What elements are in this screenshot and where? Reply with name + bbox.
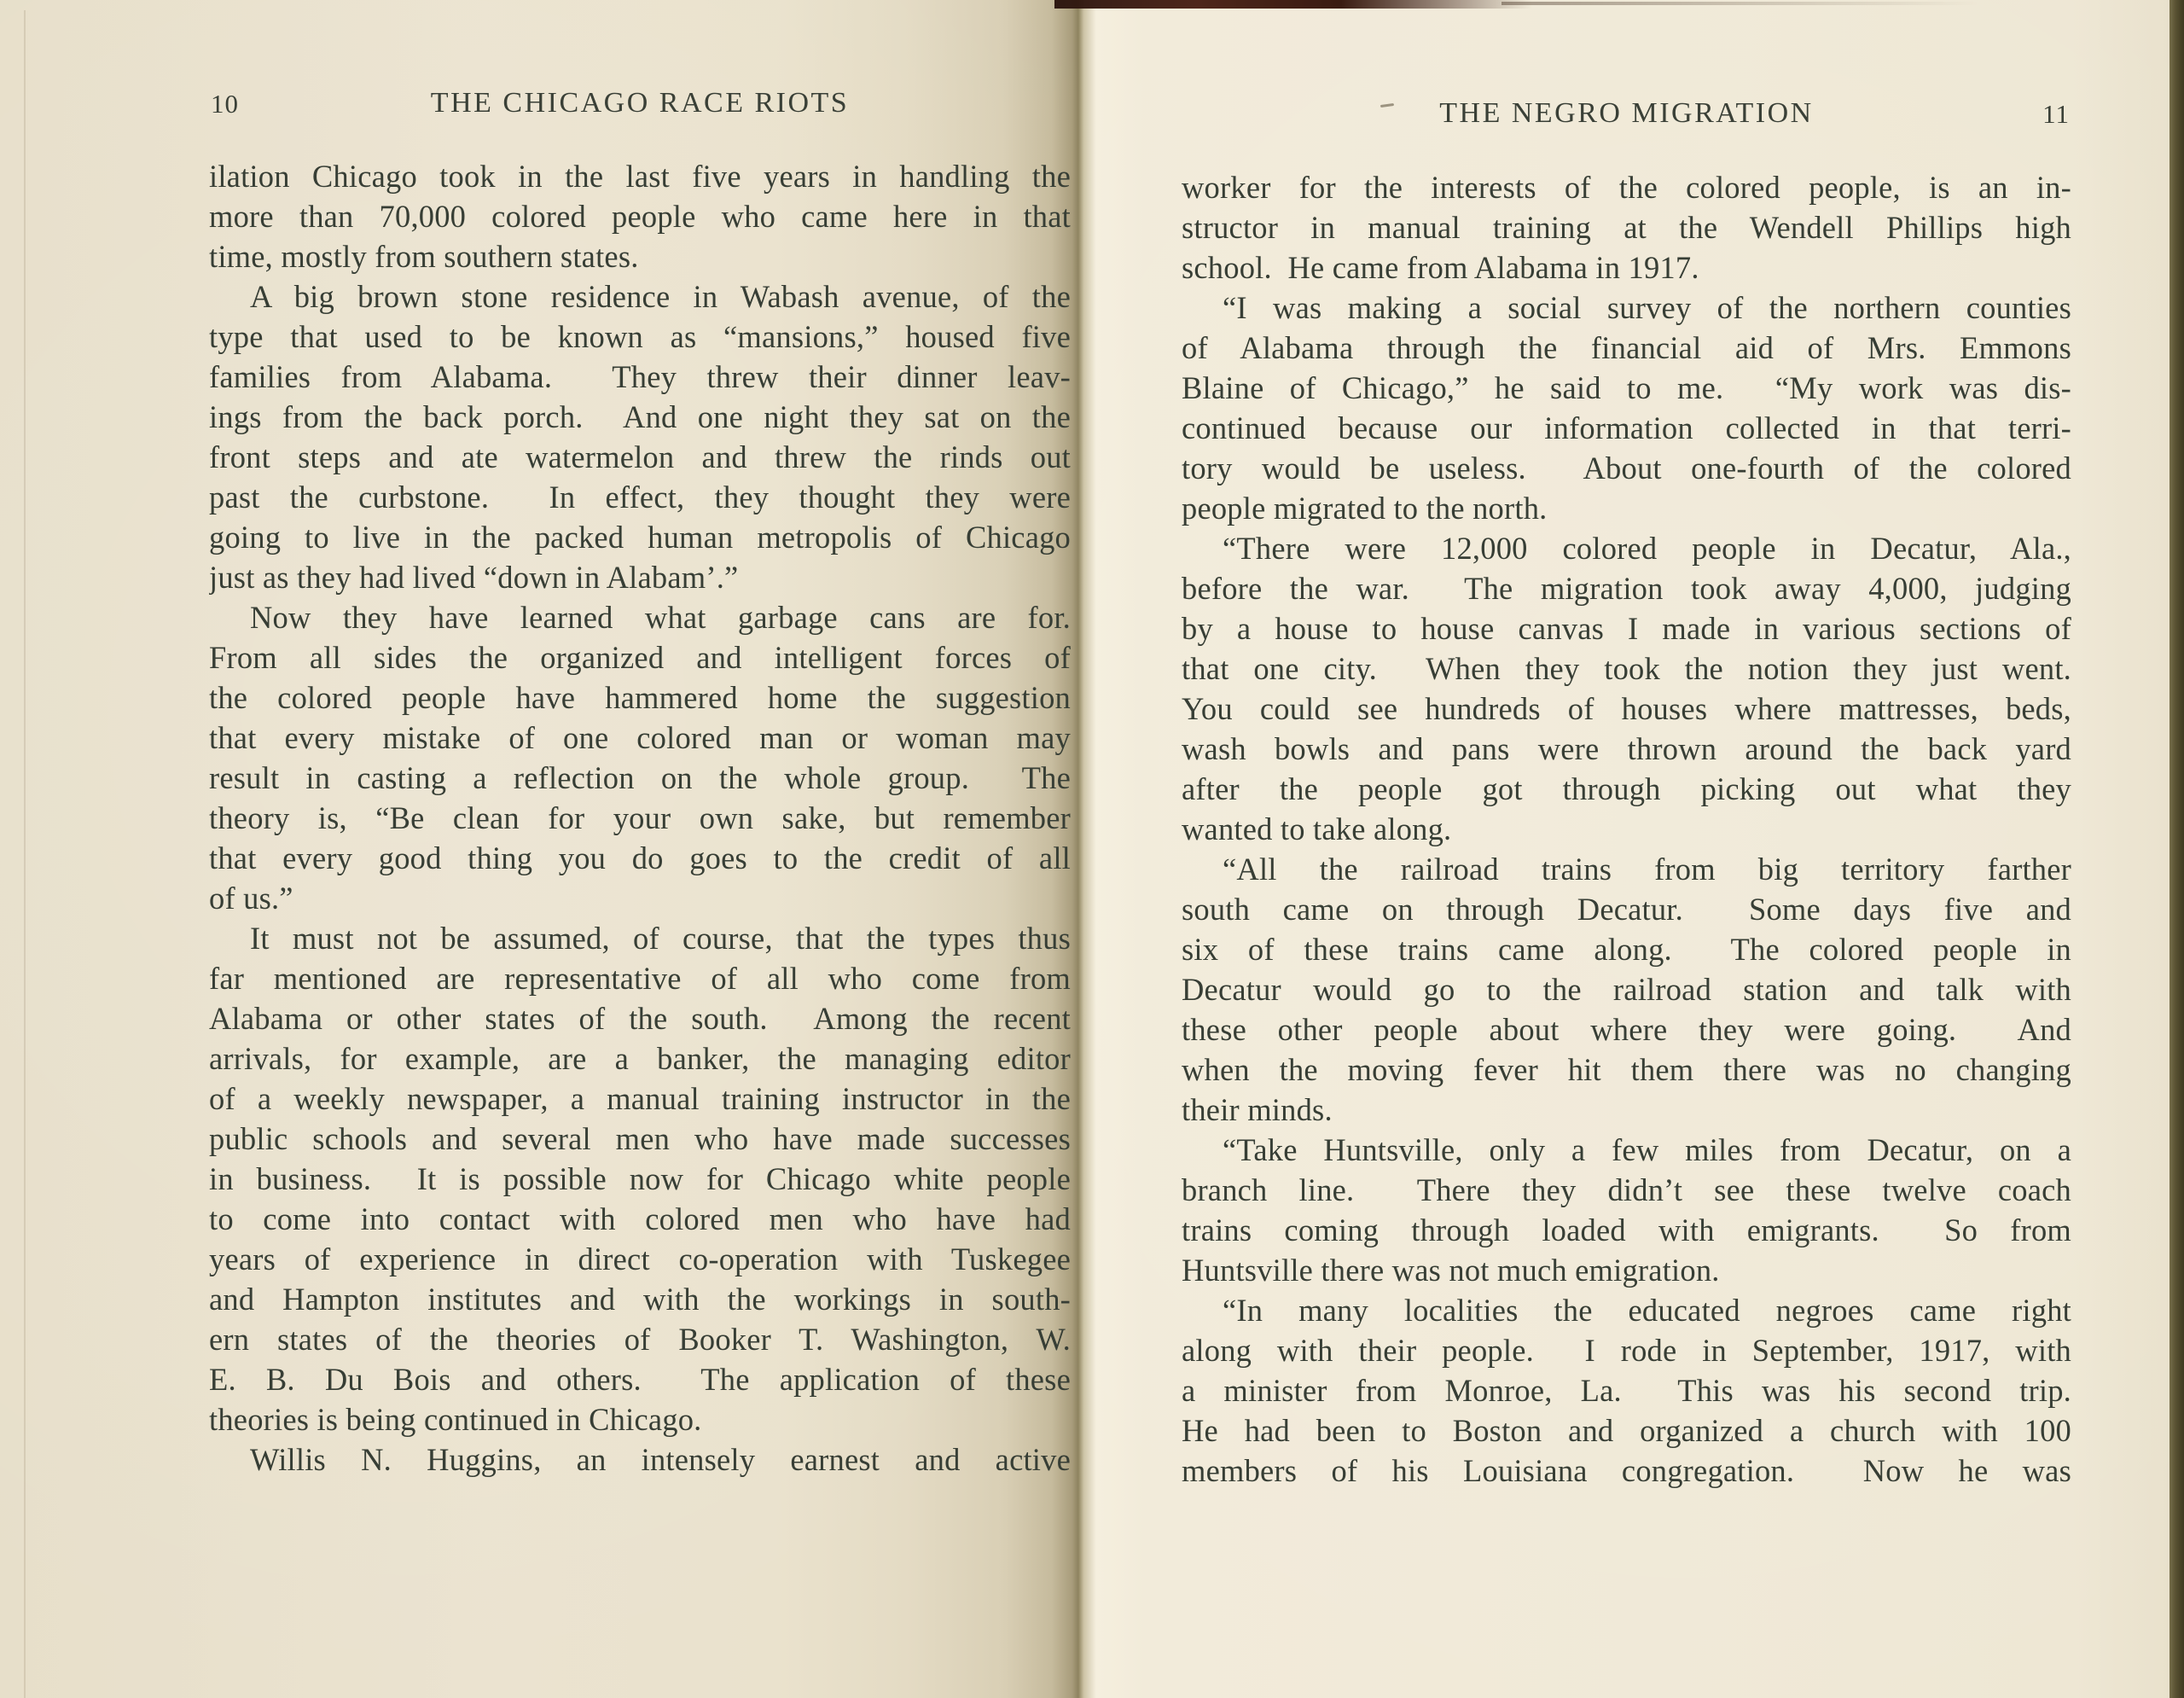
text-line: of us.” [209, 878, 1071, 918]
right-page: THE NEGRO MIGRATION 11 worker for the in… [1078, 0, 2184, 1698]
text-line: trains coming through loaded with emigra… [1182, 1210, 2071, 1250]
text-line: that one city. When they took the notion… [1182, 648, 2071, 689]
text-line: and Hampton institutes and with the work… [209, 1279, 1071, 1319]
text-line: Huntsville there was not much emigration… [1182, 1250, 2071, 1290]
text-line: along with their people. I rode in Septe… [1182, 1330, 2071, 1370]
text-line: wanted to take along. [1182, 809, 2071, 849]
page-edge-line [24, 10, 26, 1698]
text-line: A big brown stone residence in Wabash av… [209, 276, 1071, 317]
text-line: more than 70,000 colored people who came… [209, 196, 1071, 236]
text-line: arrivals, for example, are a banker, the… [209, 1038, 1071, 1079]
text-line: school. He came from Alabama in 1917. [1182, 247, 2071, 288]
text-line: “There were 12,000 colored people in Dec… [1182, 528, 2071, 568]
text-line: theory is, “Be clean for your own sake, … [209, 798, 1071, 838]
text-line: a minister from Monroe, La. This was his… [1182, 1370, 2071, 1410]
text-line: public schools and several men who have … [209, 1119, 1071, 1159]
running-header-left: THE CHICAGO RACE RIOTS [209, 84, 1071, 123]
text-line: type that used to be known as “mansions,… [209, 317, 1071, 357]
text-line: front steps and ate watermelon and threw… [209, 437, 1071, 477]
text-line: the colored people have hammered home th… [209, 677, 1071, 718]
text-line: He had been to Boston and organized a ch… [1182, 1410, 2071, 1451]
text-line: theories is being continued in Chicago. [209, 1399, 1071, 1439]
running-header-right: THE NEGRO MIGRATION [1182, 94, 2071, 133]
text-line: time, mostly from southern states. [209, 236, 1071, 276]
text-line: “Take Huntsville, only a few miles from … [1182, 1130, 2071, 1170]
book-scan: 10 THE CHICAGO RACE RIOTS ilation Chicag… [0, 0, 2184, 1698]
text-line: structor in manual training at the Wende… [1182, 207, 2071, 247]
left-page-header: 10 THE CHICAGO RACE RIOTS [209, 84, 1071, 123]
page-number-right: 11 [2042, 94, 2070, 135]
text-line: “I was making a social survey of the nor… [1182, 288, 2071, 328]
text-line: past the curbstone. In effect, they thou… [209, 477, 1071, 517]
text-line: people migrated to the north. [1182, 488, 2071, 528]
text-line: south came on through Decatur. Some days… [1182, 889, 2071, 929]
text-line: “All the railroad trains from big territ… [1182, 849, 2071, 889]
text-line: of a weekly newspaper, a manual training… [209, 1079, 1071, 1119]
text-line: E. B. Du Bois and others. The applicatio… [209, 1359, 1071, 1399]
page-number-left: 10 [211, 84, 239, 125]
text-line: six of these trains came along. The colo… [1182, 929, 2071, 969]
text-line: to come into contact with colored men wh… [209, 1199, 1071, 1239]
text-line: ern states of the theories of Booker T. … [209, 1319, 1071, 1359]
text-line: Decatur would go to the railroad station… [1182, 969, 2071, 1009]
text-line: tory would be useless. About one-fourth … [1182, 448, 2071, 488]
text-line: branch line. There they didn’t see these… [1182, 1170, 2071, 1210]
text-line: ilation Chicago took in the last five ye… [209, 156, 1071, 196]
text-line: that every mistake of one colored man or… [209, 718, 1071, 758]
book-cover-edge [2169, 0, 2184, 1698]
text-line: Blaine of Chicago,” he said to me. “My w… [1182, 368, 2071, 408]
text-line: when the moving fever hit them there was… [1182, 1050, 2071, 1090]
binding-strip-faint [1501, 2, 1979, 5]
text-line: Willis N. Huggins, an intensely earnest … [209, 1439, 1071, 1480]
text-line: result in casting a reflection on the wh… [209, 758, 1071, 798]
text-line: after the people got through picking out… [1182, 769, 2071, 809]
binding-strip [1054, 0, 1532, 9]
text-line: wash bowls and pans were thrown around t… [1182, 729, 2071, 769]
left-page-text: ilation Chicago took in the last five ye… [209, 156, 1071, 1480]
text-line: going to live in the packed human metrop… [209, 517, 1071, 557]
text-line: Now they have learned what garbage cans … [209, 597, 1071, 637]
text-line: of Alabama through the financial aid of … [1182, 328, 2071, 368]
left-page: 10 THE CHICAGO RACE RIOTS ilation Chicag… [0, 0, 1078, 1698]
text-line: far mentioned are representative of all … [209, 958, 1071, 998]
text-line: years of experience in direct co-operati… [209, 1239, 1071, 1279]
text-line: by a house to house canvas I made in var… [1182, 608, 2071, 648]
text-line: families from Alabama. They threw their … [209, 357, 1071, 397]
text-line: You could see hundreds of houses where m… [1182, 689, 2071, 729]
text-line: Alabama or other states of the south. Am… [209, 998, 1071, 1038]
text-line: that every good thing you do goes to the… [209, 838, 1071, 878]
text-line: It must not be assumed, of course, that … [209, 918, 1071, 958]
text-line: before the war. The migration took away … [1182, 568, 2071, 608]
text-line: these other people about where they were… [1182, 1009, 2071, 1050]
text-line: ings from the back porch. And one night … [209, 397, 1071, 437]
right-page-header: THE NEGRO MIGRATION 11 [1182, 94, 2071, 133]
text-line: in business. It is possible now for Chic… [209, 1159, 1071, 1199]
text-line: their minds. [1182, 1090, 2071, 1130]
text-line: From all sides the organized and intelli… [209, 637, 1071, 677]
text-line: worker for the interests of the colored … [1182, 167, 2071, 207]
right-page-text: worker for the interests of the colored … [1182, 167, 2071, 1491]
text-line: “In many localities the educated negroes… [1182, 1290, 2071, 1330]
text-line: just as they had lived “down in Alabam’.… [209, 557, 1071, 597]
text-line: continued because our information collec… [1182, 408, 2071, 448]
text-line: members of his Louisiana congregation. N… [1182, 1451, 2071, 1491]
